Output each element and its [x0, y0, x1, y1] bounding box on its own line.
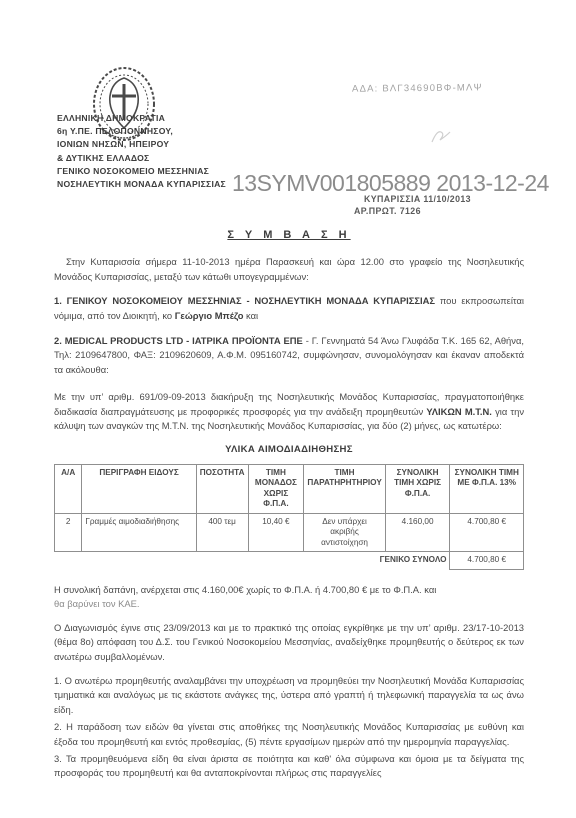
cell-observatory-price: Δεν υπάρχει ακριβής αντιστοίχηση: [304, 513, 385, 552]
procurement-paragraph: Με την υπ’ αριθμ. 691/09-09-2013 διακήρυ…: [54, 390, 524, 433]
ada-code-stamp: ΑΔΑ: ΒΛΓ34690ΒΦ-ΜΛΨ: [352, 82, 483, 94]
party-1-paragraph: 1. ΓΕΝΙΚΟΥ ΝΟΣΟΚΟΜΕΙΟΥ ΜΕΣΣΗΝΙΑΣ - ΝΟΣΗΛ…: [54, 294, 524, 323]
document-body: Σ Υ Μ Β Α Σ Η Στην Κυπαρισσία σήμερα 11-…: [54, 224, 524, 784]
total-cost-line2: θα βαρύνει τον ΚΑΕ.: [54, 598, 140, 609]
term-1-paragraph: 1. Ο ανωτέρω προμηθευτής αναλαμβάνει την…: [54, 674, 524, 717]
total-cost-line1: Η συνολική δαπάνη, ανέρχεται στις 4.160,…: [54, 584, 436, 595]
letterhead-line: ΙΟΝΙΩΝ ΝΗΣΩΝ, ΗΠΕΙΡΟΥ: [57, 138, 226, 151]
cell-aa: 2: [55, 513, 82, 552]
grand-total-value: 4.700,80 €: [450, 552, 524, 570]
protocol-number-line: ΑΡ.ΠΡΩΤ. 7126: [354, 206, 421, 216]
party-2-paragraph: 2. MEDICAL PRODUCTS LTD - ΙΑΤΡΙΚΑ ΠΡΟΪΟΝ…: [54, 334, 524, 377]
cell-total-with-vat: 4.700,80 €: [450, 513, 524, 552]
cell-description: Γραμμές αιμοδιαδιήθησης: [82, 513, 196, 552]
place-date-line: ΚΥΠΑΡΙΣΣΙΑ 11/10/2013: [364, 194, 471, 204]
cell-total-no-vat: 4.160,00: [385, 513, 450, 552]
scanned-contract-page: ΕΛΛΗΝΙΚΗ ΔΗΜΟΚΡΑΤΙΑ 6η Υ.ΠΕ. ΠΕΛΟΠΟΝΝΗΣΟ…: [0, 0, 576, 818]
letterhead-line: 6η Υ.ΠΕ. ΠΕΛΟΠΟΝΝΗΣΟΥ,: [57, 125, 226, 138]
handwritten-initial-mark: [428, 126, 454, 148]
table-total-row: ΓΕΝΙΚΟ ΣΥΝΟΛΟ 4.700,80 €: [55, 552, 524, 570]
col-header-unit-price: ΤΙΜΗ ΜΟΝΑΔΟΣ ΧΩΡΙΣ Φ.Π.Α.: [248, 464, 304, 513]
letterhead-line: & ΔΥΤΙΚΗΣ ΕΛΛΑΔΟΣ: [57, 152, 226, 165]
total-cost-paragraph: Η συνολική δαπάνη, ανέρχεται στις 4.160,…: [54, 583, 524, 612]
col-header-aa: Α/Α: [55, 464, 82, 513]
party-1-name: 1. ΓΕΝΙΚΟΥ ΝΟΣΟΚΟΜΕΙΟΥ ΜΕΣΣΗΝΙΑΣ - ΝΟΣΗΛ…: [54, 295, 435, 306]
col-header-description: ΠΕΡΙΓΡΑΦΗ ΕΙΔΟΥΣ: [82, 464, 196, 513]
col-header-quantity: ΠΟΣΟΤΗΤΑ: [196, 464, 248, 513]
table-header-row: Α/Α ΠΕΡΙΓΡΑΦΗ ΕΙΔΟΥΣ ΠΟΣΟΤΗΤΑ ΤΙΜΗ ΜΟΝΑΔ…: [55, 464, 524, 513]
letterhead-line: ΕΛΛΗΝΙΚΗ ΔΗΜΟΚΡΑΤΙΑ: [57, 112, 226, 125]
term-3-paragraph: 3. Τα προμηθευόμενα είδη θα είναι άριστα…: [54, 752, 524, 781]
letterhead-line: ΝΟΣΗΛΕΥΤΙΚΗ ΜΟΝΑΔΑ ΚΥΠΑΡΙΣΣΙΑΣ: [57, 178, 226, 191]
term-2-paragraph: 2. Η παράδοση των ειδών θα γίνεται στις …: [54, 720, 524, 749]
procurement-materials: ΥΛΙΚΩΝ Μ.Τ.Ν.: [426, 406, 492, 417]
cell-unit-price: 10,40 €: [248, 513, 304, 552]
cell-quantity: 400 τεμ: [196, 513, 248, 552]
materials-table: Α/Α ΠΕΡΙΓΡΑΦΗ ΕΙΔΟΥΣ ΠΟΣΟΤΗΤΑ ΤΙΜΗ ΜΟΝΑΔ…: [54, 464, 524, 570]
award-paragraph: Ο Διαγωνισμός έγινε στις 23/09/2013 και …: [54, 621, 524, 664]
grand-total-label: ΓΕΝΙΚΟ ΣΥΝΟΛΟ: [55, 552, 450, 570]
col-header-total-no-vat: ΣΥΝΟΛΙΚΗ ΤΙΜΗ ΧΩΡΙΣ Φ.Π.Α.: [385, 464, 450, 513]
party-1-representative: Γεώργιο Μπέζο: [175, 310, 244, 321]
table-row: 2 Γραμμές αιμοδιαδιήθησης 400 τεμ 10,40 …: [55, 513, 524, 552]
party-2-name: 2. MEDICAL PRODUCTS LTD - ΙΑΤΡΙΚΑ ΠΡΟΪΟΝ…: [54, 335, 303, 346]
letterhead-block: ΕΛΛΗΝΙΚΗ ΔΗΜΟΚΡΑΤΙΑ 6η Υ.ΠΕ. ΠΕΛΟΠΟΝΝΗΣΟ…: [57, 112, 226, 191]
letterhead-line: ΓΕΝΙΚΟ ΝΟΣΟΚΟΜΕΙΟ ΜΕΣΣΗΝΙΑΣ: [57, 165, 226, 178]
diavgeia-registry-number: 13SYMV001805889 2013-12-24: [232, 170, 549, 197]
table-title: ΥΛΙΚΑ ΑΙΜΟΔΙΑΔΙΗΘΗΣΗΣ: [54, 443, 524, 457]
party-1-tail: και: [243, 310, 258, 321]
intro-paragraph: Στην Κυπαρισσία σήμερα 11-10-2013 ημέρα …: [54, 255, 524, 284]
document-title: Σ Υ Μ Β Α Σ Η: [54, 228, 524, 242]
col-header-observatory-price: ΤΙΜΗ ΠΑΡΑΤΗΡΗΤΗΡΙΟΥ: [304, 464, 385, 513]
col-header-total-with-vat: ΣΥΝΟΛΙΚΗ ΤΙΜΗ ΜΕ Φ.Π.Α. 13%: [450, 464, 524, 513]
